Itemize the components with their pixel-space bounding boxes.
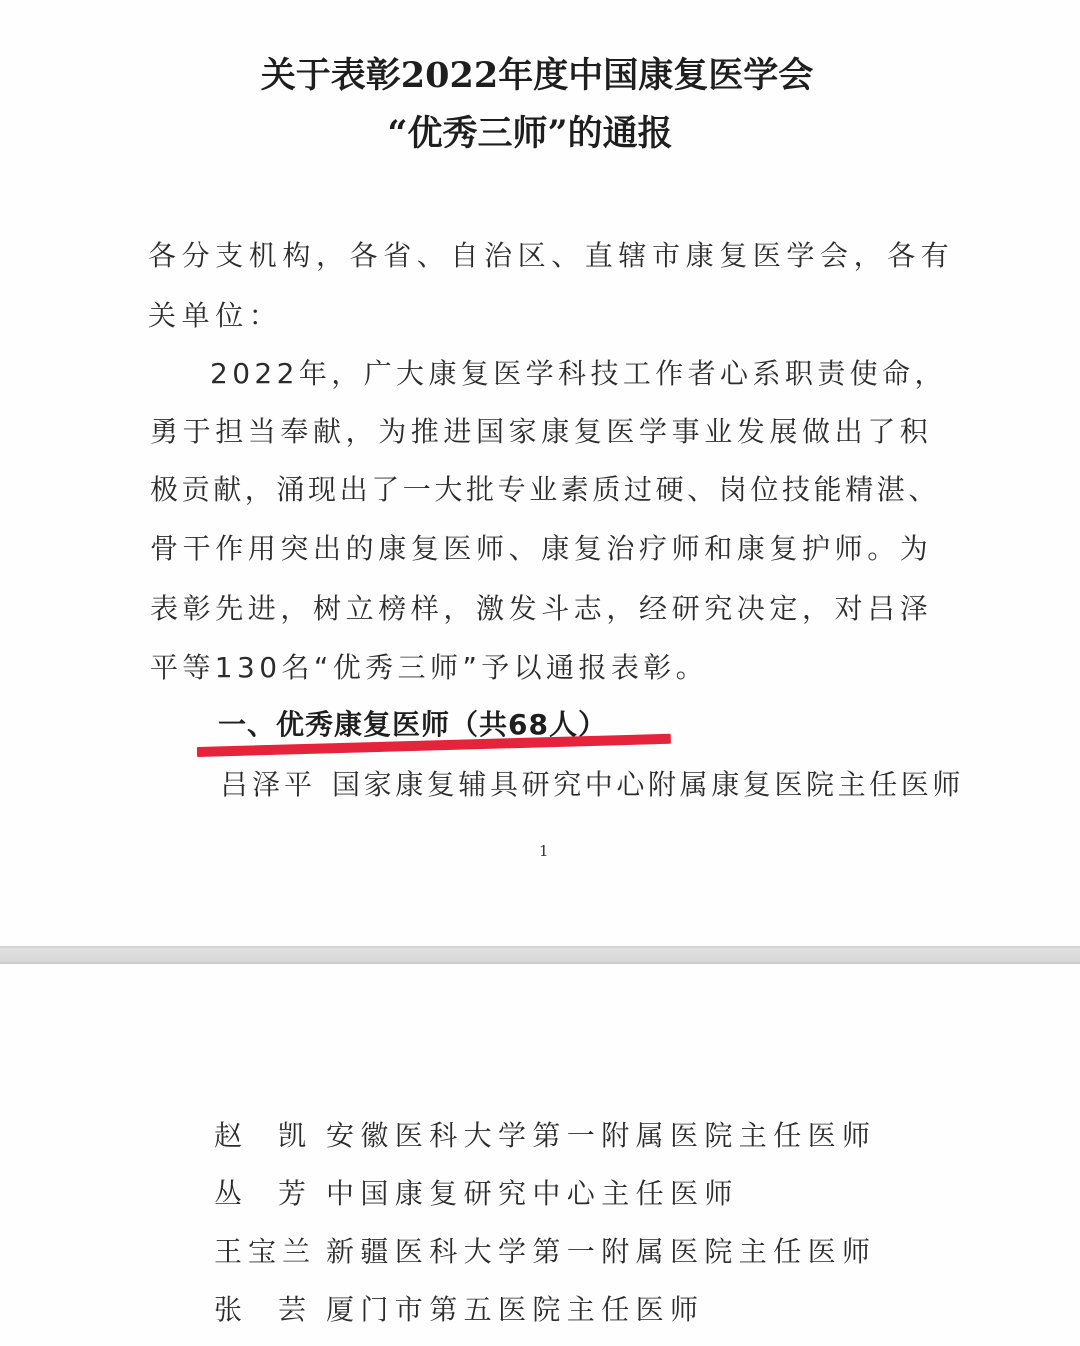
document-page-2: 赵 凯 安徽医科大学第一附属医院主任医师 丛 芳 中国康复研究中心主任医师 王宝…	[0, 964, 1080, 1346]
document-title-line-1: 关于表彰2022年度中国康复医学会	[0, 48, 1077, 98]
body-line-3: 极贡献，涌现出了一大批专业素质过硬、岗位技能精湛、	[150, 468, 940, 508]
salutation-line-1: 各分支机构，各省、自治区、直辖市康复医学会，各有	[148, 234, 954, 274]
list-item: 王宝兰 新疆医科大学第一附属医院主任医师	[214, 1230, 876, 1270]
body-line-5: 表彰先进，树立榜样，激发斗志，经研究决定，对吕泽	[150, 587, 932, 627]
entry-name: 丛 芳	[214, 1172, 306, 1212]
entry-organization: 安徽医科大学第一附属医院主任医师	[326, 1114, 876, 1154]
entry-name: 赵 凯	[214, 1114, 306, 1154]
entry-organization: 中国康复研究中心主任医师	[326, 1172, 739, 1212]
document-title-line-2: “优秀三师”的通报	[0, 106, 1070, 156]
salutation-line-2: 关单位：	[148, 294, 282, 334]
entry-name: 吕泽平	[220, 763, 332, 803]
entry-organization: 国家康复辅具研究中心附属康复医院主任医师	[332, 763, 964, 803]
entry-name: 张 芸	[214, 1288, 306, 1328]
list-item: 丛 芳 中国康复研究中心主任医师	[214, 1172, 739, 1212]
entry-organization: 新疆医科大学第一附属医院主任医师	[326, 1230, 876, 1270]
body-line-6: 平等130名“优秀三师”予以通报表彰。	[150, 646, 708, 686]
page-number: 1	[539, 842, 549, 860]
entry-organization: 厦门市第五医院主任医师	[326, 1288, 704, 1328]
list-item: 赵 凯 安徽医科大学第一附属医院主任医师	[214, 1114, 876, 1154]
body-line-1: 2022年，广大康复医学科技工作者心系职责使命，	[210, 352, 947, 392]
body-line-4: 骨干作用突出的康复医师、康复治疗师和康复护师。为	[150, 527, 932, 567]
list-item: 张 芸 厦门市第五医院主任医师	[214, 1288, 704, 1328]
body-line-2: 勇于担当奉献，为推进国家康复医学事业发展做出了积	[150, 410, 932, 450]
page-separator	[0, 946, 1080, 964]
document-page-1: 关于表彰2022年度中国康复医学会 “优秀三师”的通报 各分支机构，各省、自治区…	[0, 0, 1080, 946]
entry-name: 王宝兰	[214, 1230, 326, 1270]
list-item: 吕泽平 国家康复辅具研究中心附属康复医院主任医师	[220, 763, 964, 803]
